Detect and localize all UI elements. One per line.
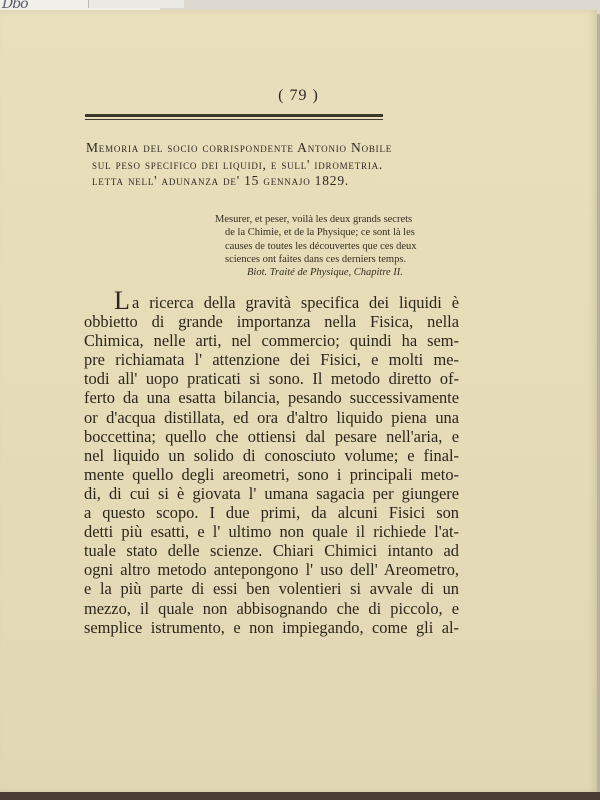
body-line: a ricerca della gravità specifica dei li… xyxy=(114,293,459,312)
body-line: semplice istrumento, e non impiegando, c… xyxy=(84,618,459,637)
body-text: L a ricerca della gravità specifica dei … xyxy=(84,293,459,637)
page-bottom-shadow xyxy=(0,792,600,800)
title-line-1: Memoria del socio corrispondente Antonio… xyxy=(86,140,396,157)
epigraph-line: Mesurer, et peser, voilà les deux grands… xyxy=(215,213,395,226)
body-line: or d'acqua distillata, ed ora d'altro li… xyxy=(84,408,459,427)
body-line: Chimica, nelle arti, nel commercio; quin… xyxy=(84,331,459,350)
epigraph-line: causes de toutes les découvertes que ces… xyxy=(215,240,395,253)
body-line: boccettina; quello che ottiensi dal pesa… xyxy=(84,427,459,446)
body-line: ogni altro metodo antepongono l' uso del… xyxy=(84,560,459,579)
epigraph-line: sciences ont faites dans ces derniers te… xyxy=(215,253,395,266)
body-line: e la più parte di essi ben volentieri si… xyxy=(84,579,459,598)
page-number: ( 79 ) xyxy=(0,87,597,105)
body-line: obbietto di grande importanza nella Fisi… xyxy=(84,312,459,331)
body-line: pre richiamata l' attenzione dei Fisici,… xyxy=(84,350,459,369)
header-rule xyxy=(85,114,383,121)
title-line-3: letta nell' adunanza de' 15 gennajo 1829… xyxy=(86,173,396,190)
header-rule-thick xyxy=(85,114,383,117)
title-line-2: sul peso specifico dei liquidi, e sull' … xyxy=(86,157,396,174)
header-rule-thin xyxy=(85,119,383,120)
epigraph-attribution: Biot. Traité de Physique, Chapitre II. xyxy=(215,266,395,279)
body-line: a questo scopo. I due primi, da alcuni F… xyxy=(84,503,459,522)
body-line: todi all' uopo praticati si sono. Il met… xyxy=(84,369,459,388)
paper-slip-tab xyxy=(88,0,184,8)
book-page: ( 79 ) Memoria del socio corrispondente … xyxy=(0,10,597,792)
body-first-line: L a ricerca della gravità specifica dei … xyxy=(84,293,459,312)
epigraph: Mesurer, et peser, voilà les deux grands… xyxy=(215,213,395,279)
body-line: mezzo, il quale non abbisognando che di … xyxy=(84,599,459,618)
body-line: tuale stato delle scienze. Chiari Chimic… xyxy=(84,541,459,560)
body-line: mente quello degli areometri, sono i pri… xyxy=(84,465,459,484)
memoir-title: Memoria del socio corrispondente Antonio… xyxy=(86,140,396,190)
drop-cap: L xyxy=(114,288,130,314)
body-line: di, di cui si è giovata l' umana sagacia… xyxy=(84,484,459,503)
body-line: nel liquido un solido di conosciuto volu… xyxy=(84,446,459,465)
epigraph-line: de la Chimie, et de la Physique; ce sont… xyxy=(215,226,395,239)
body-line: ferto da una esatta bilancia, pesando su… xyxy=(84,388,459,407)
body-line: detti più esatti, e l' ultimo non quale … xyxy=(84,522,459,541)
